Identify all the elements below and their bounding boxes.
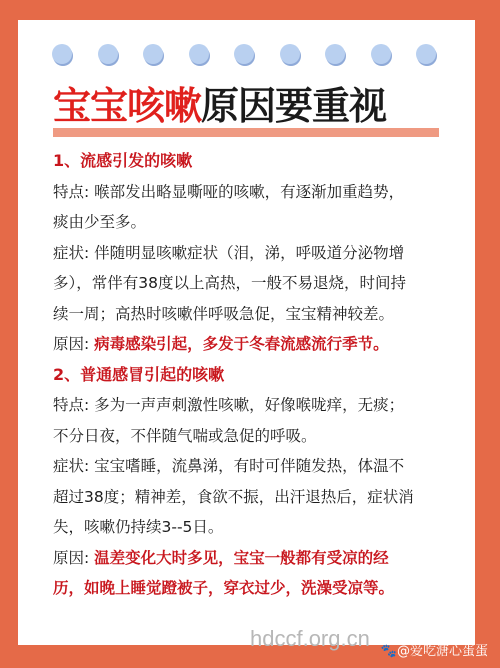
symptom-line: 多），常伴有38度以上高热，一般不易退烧，时间持 (53, 268, 458, 299)
dot-icon (98, 44, 118, 64)
symptom-line: 超过38度；精神差，食欲不振，出汗退热后，症状消 (53, 482, 458, 513)
dot-icon (143, 44, 163, 64)
title-underline (53, 128, 439, 137)
cause-line: 原因: 病毒感染引起，多发于冬春流感流行季节。 (53, 329, 458, 360)
cause-line: 原因: 温差变化大时多见，宝宝一般都有受凉的经 (53, 543, 458, 574)
symptom-line: 症状: 伴随明显咳嗽症状（泪，涕，呼吸道分泌物增 (53, 238, 458, 269)
feature-label: 特点: (53, 396, 89, 414)
feature-line: 痰由少至多。 (53, 207, 458, 238)
section-heading: 2、普通感冒引起的咳嗽 (53, 360, 458, 391)
feature-line: 不分日夜，不伴随气喘或急促的呼吸。 (53, 421, 458, 452)
title-black-part: 原因要重视 (201, 84, 386, 128)
title-red-part: 宝宝咳嗽 (53, 84, 201, 128)
watermark: hdccf.org.cn (250, 626, 370, 652)
dot-icon (280, 44, 300, 64)
symptom-line: 失，咳嗽仍持续3--5日。 (53, 512, 458, 543)
symptom-label: 症状: (53, 244, 89, 262)
dot-icon (234, 44, 254, 64)
dot-icon (416, 44, 436, 64)
decorative-dots (52, 44, 452, 66)
dot-icon (189, 44, 209, 64)
symptom-line: 续一周；高热时咳嗽伴呼吸急促，宝宝精神较差。 (53, 299, 458, 330)
cause-line: 历，如晚上睡觉蹬被子，穿衣过少，洗澡受凉等。 (53, 573, 458, 604)
cause-label: 原因: (53, 549, 89, 567)
feature-label: 特点: (53, 183, 89, 201)
symptom-line: 症状: 宝宝嗜睡，流鼻涕，有时可伴随发热，体温不 (53, 451, 458, 482)
page-title: 宝宝咳嗽原因要重视 (53, 84, 439, 140)
cause-label: 原因: (53, 335, 89, 353)
feature-line: 特点: 喉部发出略显嘶哑的咳嗽，有逐渐加重趋势， (53, 177, 458, 208)
dot-icon (325, 44, 345, 64)
symptom-label: 症状: (53, 457, 89, 475)
author-credit: 🐾@爱吃溏心蛋蛋 (381, 640, 488, 659)
dot-icon (52, 44, 72, 64)
section-heading: 1、流感引发的咳嗽 (53, 146, 458, 177)
dot-icon (371, 44, 391, 64)
paw-icon: 🐾 (381, 644, 397, 659)
article-content: 1、流感引发的咳嗽 特点: 喉部发出略显嘶哑的咳嗽，有逐渐加重趋势， 痰由少至多… (53, 146, 458, 604)
feature-line: 特点: 多为一声声刺激性咳嗽，好像喉咙痒，无痰； (53, 390, 458, 421)
